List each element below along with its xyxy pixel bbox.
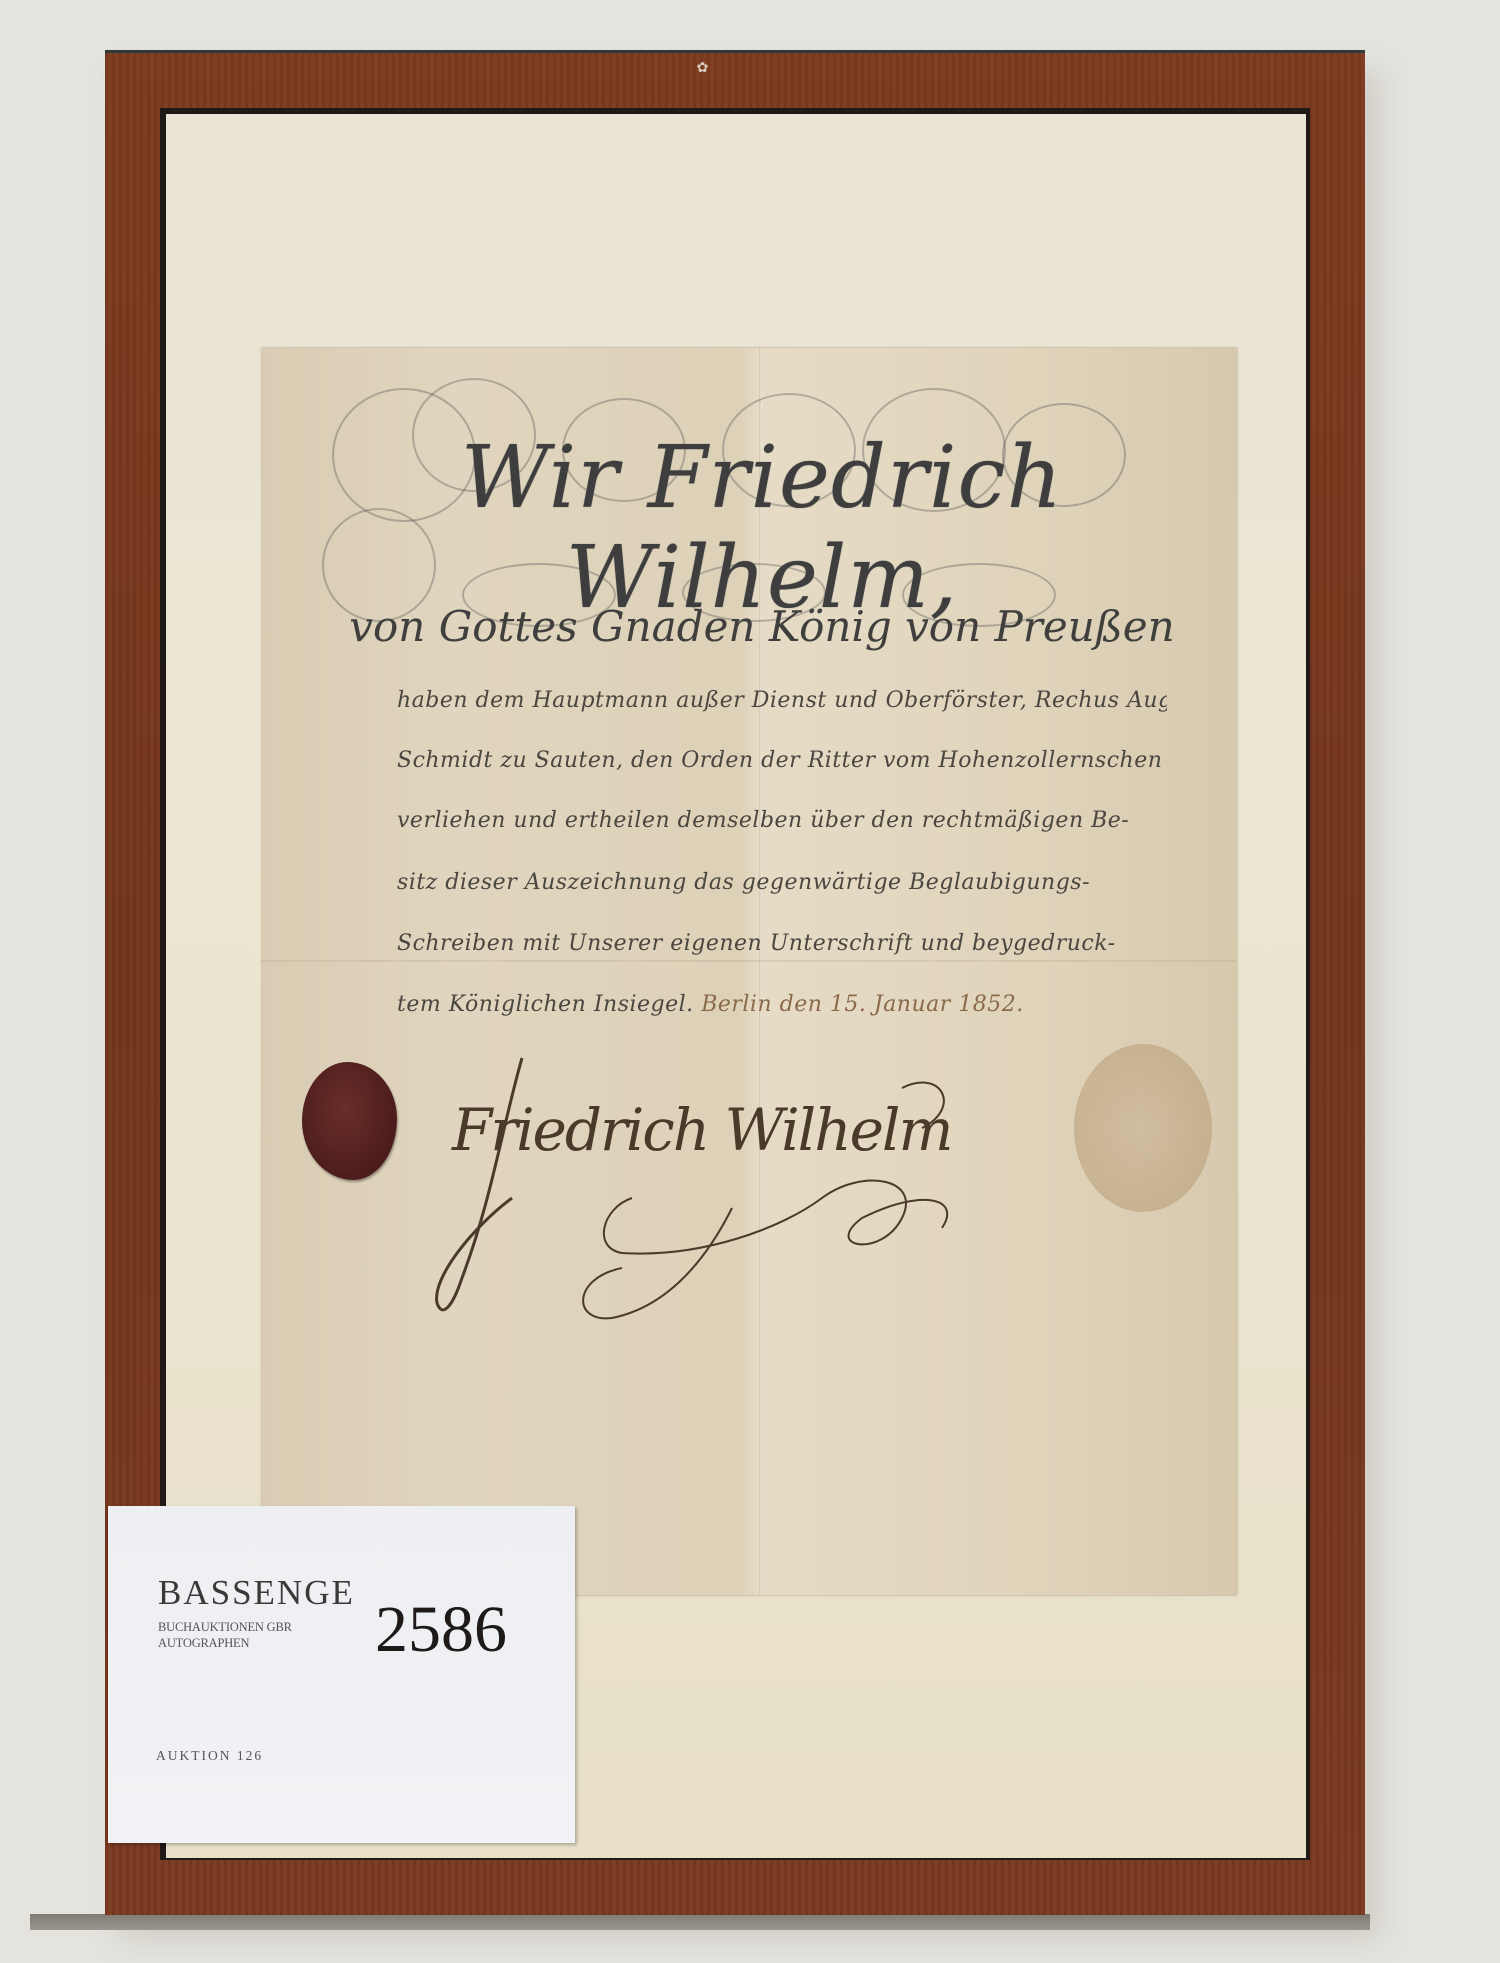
body-text-line: tem Königlichen Insiegel. [397, 992, 694, 1017]
royal-signature: Friedrich Wilhelm [452, 1096, 1052, 1164]
signature-flourish [402, 1048, 1042, 1348]
auction-house-name: BASSENGE [158, 1573, 355, 1613]
body-text-line: Schreiben mit Unserer eigenen Unterschri… [397, 931, 1167, 956]
body-text-line: haben dem Hauptmann außer Dienst und Obe… [397, 688, 1167, 713]
frame-bottom-edge [30, 1914, 1370, 1930]
frame-hanger-mark: ✿ [675, 60, 730, 78]
auction-house-subtitle-line: AUTOGRAPHEN [158, 1635, 292, 1651]
auction-lot-label: BASSENGE BUCHAUKTIONEN GBR AUTOGRAPHEN 2… [108, 1506, 575, 1843]
body-text-line: verliehen und ertheilen demselben über d… [397, 808, 1167, 833]
auction-house-subtitle-line: BUCHAUKTIONEN GBR [158, 1619, 292, 1635]
body-text-line: sitz dieser Auszeichnung das gegenwärtig… [397, 870, 1167, 895]
wax-seal [302, 1062, 397, 1180]
auction-house-subtitle: BUCHAUKTIONEN GBR AUTOGRAPHEN [158, 1619, 292, 1651]
seal-stain [1074, 1044, 1212, 1212]
horizontal-fold-line [262, 960, 1237, 962]
lot-number: 2586 [375, 1592, 507, 1668]
document-heading-sovereign: Wir Friedrich Wilhelm, [352, 428, 1172, 628]
document-heading-title: von Gottes Gnaden König von Preußen [342, 602, 1182, 651]
place-date: Berlin den 15. Januar 1852. [701, 992, 1024, 1017]
body-text-line: Schmidt zu Sauten, den Orden der Ritter … [397, 748, 1167, 773]
royal-patent-document: Wir Friedrich Wilhelm, von Gottes Gnaden… [262, 348, 1237, 1595]
auction-number: AUKTION 126 [156, 1748, 263, 1764]
